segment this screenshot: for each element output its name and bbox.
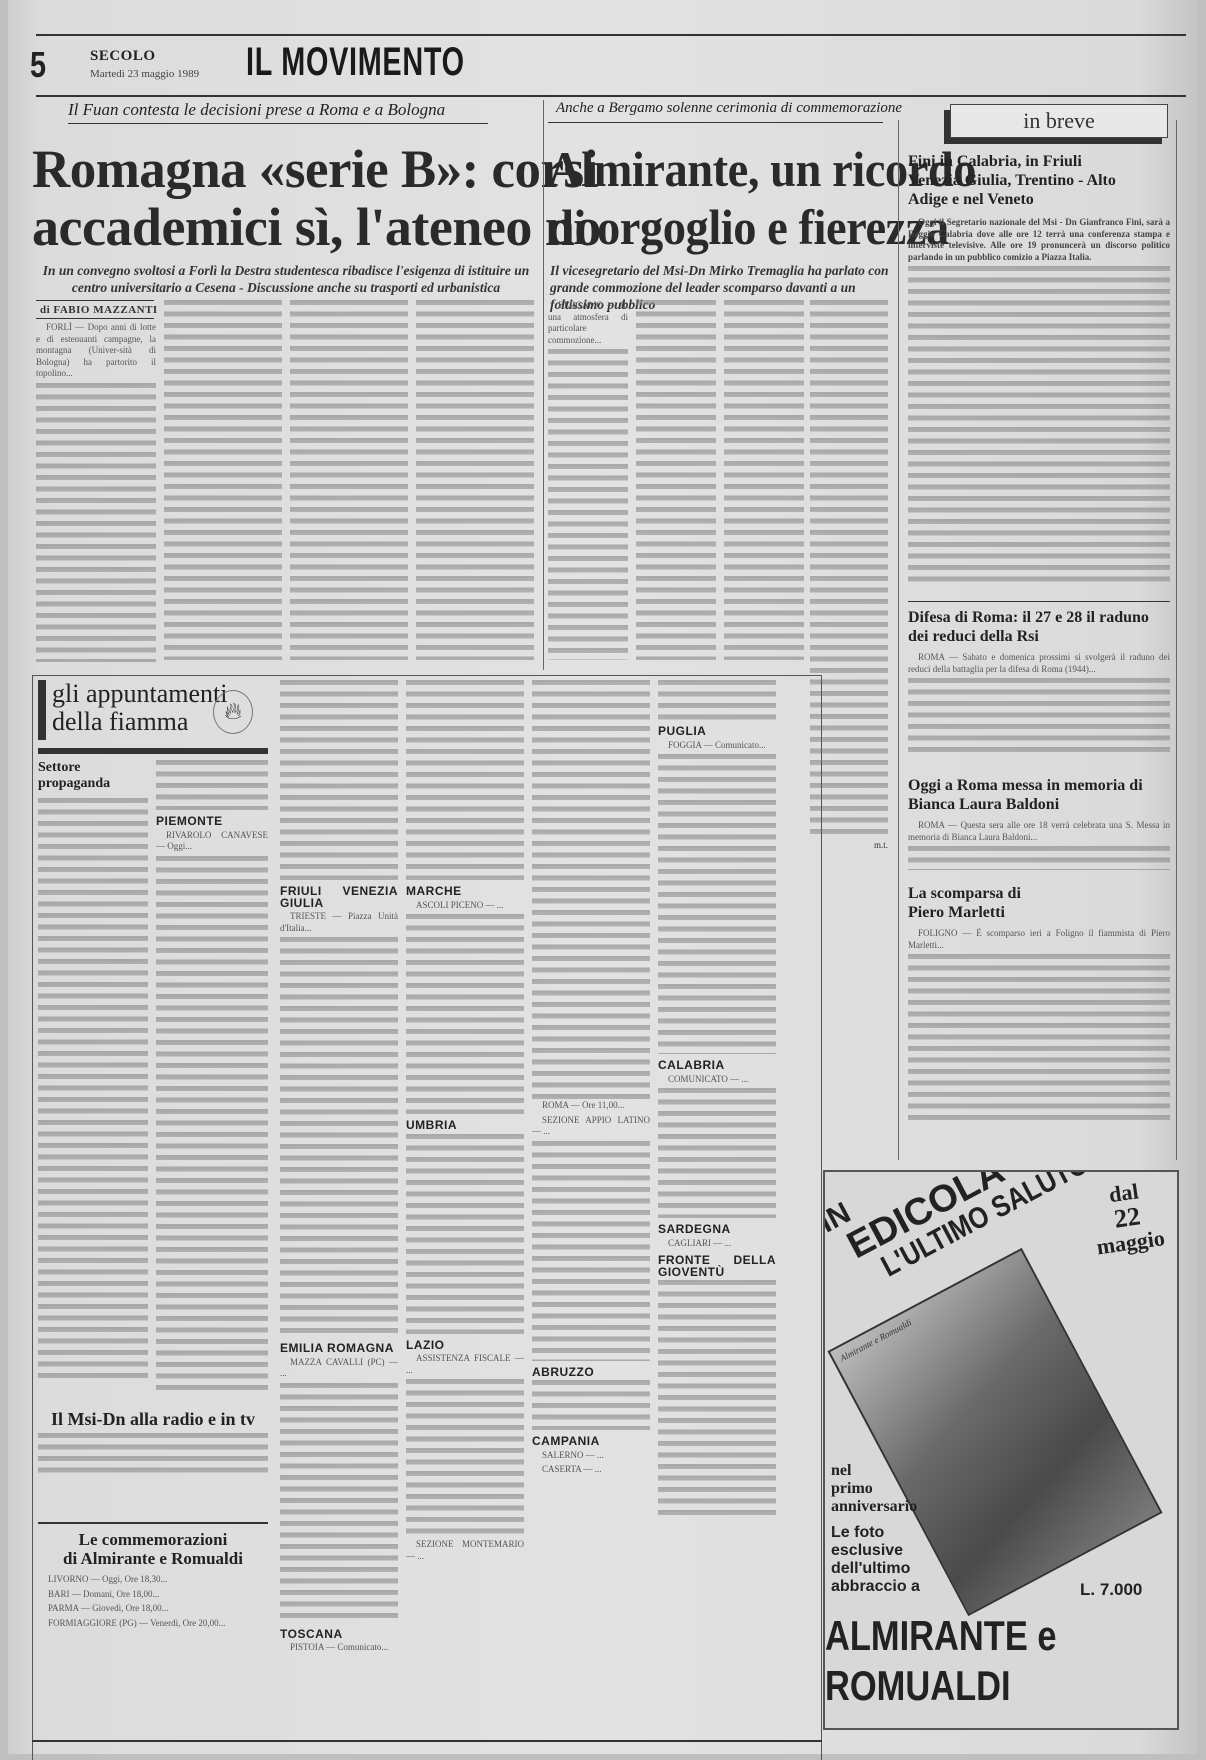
top-rule: [36, 34, 1186, 36]
region-heading: MARCHE: [406, 886, 524, 898]
text-column: [908, 678, 1170, 758]
second-dateline: BERGAMO — In una atmosfera di particolar…: [548, 300, 628, 346]
ad-tagline: Le foto esclusive dell'ultimo abbraccio …: [831, 1524, 920, 1596]
entry: SEZIONE MONTEMARIO — ...: [406, 1539, 524, 1562]
tagline-line: dell'ultimo: [831, 1560, 920, 1578]
second-kicker: Anche a Bergamo solenne cerimonia di com…: [556, 100, 902, 117]
brief-body: ROMA — Sabato e domenica prossimi si svo…: [908, 652, 1170, 762]
settore-propaganda-heading: Settore propaganda: [38, 760, 148, 792]
commemorazioni-list: LIVORNO — Oggi, Ore 18,30... BARI — Doma…: [38, 1574, 268, 1632]
text-column: [280, 680, 398, 880]
ad-price: L. 7.000: [1080, 1580, 1142, 1600]
text-column: [532, 680, 650, 1100]
entry: SEZIONE APPIO LATINO — ...: [532, 1115, 650, 1138]
brief-lead: ROMA — Sabato e domenica prossimi si svo…: [908, 652, 1170, 675]
entry: RIVAROLO CANAVESE — Oggi...: [156, 830, 268, 853]
text-column: [908, 954, 1170, 1124]
entry: TRIESTE — Piazza Unità d'Italia...: [280, 911, 398, 934]
in-breve-column: Fini in Calabria, in Friuli Venezia Giul…: [908, 152, 1170, 1152]
issue-date: Martedì 23 maggio 1989: [90, 68, 199, 80]
bottom-rule: [32, 1740, 822, 1742]
entry: PISTOIA — Comunicato...: [280, 1642, 398, 1654]
text-column: [908, 266, 1170, 586]
text-column: [156, 760, 268, 810]
anniv-line: anniversario: [831, 1498, 917, 1516]
radio-tv-title: Il Msi-Dn alla radio e in tv: [38, 1410, 268, 1429]
entry: ASSISTENZA FISCALE — ...: [406, 1353, 524, 1376]
column-divider: [898, 120, 899, 1160]
text-column: [406, 1379, 524, 1539]
appuntamenti-col3: FRIULI VENEZIA GIULIA TRIESTE — Piazza U…: [280, 680, 398, 1750]
tagline-line: esclusive: [831, 1542, 920, 1560]
ad-names-line1: ALMIRANTE e: [825, 1612, 1057, 1660]
second-headline-line2: di orgoglio e fierezza: [548, 198, 949, 256]
commemorazione-entry: FORMIAGGIORE (PG) — Venerdì, Ore 20,00..…: [38, 1618, 268, 1630]
anniv-line: nel: [831, 1462, 917, 1480]
brief-divider: [908, 601, 1170, 602]
commemorazioni-title-line2: di Almirante e Romualdi: [38, 1549, 268, 1568]
masthead-rule: [36, 95, 1186, 97]
appuntamenti-header: gli appuntamenti della fiamma: [38, 680, 238, 740]
commemorazione-entry: PARMA — Giovedì, Ore 18,00...: [38, 1603, 268, 1615]
newspaper-page: 5 SECOLO Martedì 23 maggio 1989 IL MOVIM…: [8, 0, 1198, 1754]
text-column: [532, 1380, 650, 1430]
lead-kicker: Il Fuan contesta le decisioni prese a Ro…: [68, 100, 445, 120]
region-heading: FRIULI VENEZIA GIULIA: [280, 886, 398, 909]
text-column: [406, 914, 524, 1114]
entry: ROMA — Ore 11,00...: [532, 1100, 650, 1112]
text-column: [280, 1383, 398, 1623]
second-body-col1: BERGAMO — In una atmosfera di particolar…: [548, 300, 628, 660]
text-column: [908, 846, 1170, 870]
entry: CAGLIARI — ...: [658, 1238, 776, 1250]
appuntamenti-col5: ROMA — Ore 11,00... SEZIONE APPIO LATINO…: [532, 680, 650, 1750]
text-column: [658, 1280, 776, 1520]
ad-names-line2: ROMUALDI: [825, 1662, 1011, 1710]
lead-body-col3: [290, 300, 408, 660]
lead-body-col4: [416, 300, 534, 660]
column-divider: [1176, 120, 1177, 1160]
second-body-col2: [636, 300, 716, 660]
text-column: [280, 937, 398, 1337]
region-heading: LAZIO: [406, 1340, 524, 1352]
region-heading: SARDEGNA: [658, 1224, 776, 1236]
section-rule: [38, 1522, 268, 1524]
text-column: [38, 1433, 268, 1473]
lead-subheadline: In un convegno svoltosi a Forlì la Destr…: [36, 262, 536, 296]
brief-title: Fini in Calabria, in Friuli Venezia Giul…: [908, 152, 1128, 209]
appuntamenti-title-line1: gli appuntamenti: [52, 680, 238, 708]
lead-headline-line2: accademici sì, l'ateneo no: [32, 198, 542, 256]
second-body-col3: [724, 300, 804, 660]
text-column: [38, 798, 148, 1380]
commemorazioni-title-line1: Le commemorazioni: [38, 1530, 268, 1549]
header-bar: [38, 748, 268, 754]
text-column: [532, 1141, 650, 1361]
byline-rule: [36, 300, 154, 301]
appuntamenti-col2: PIEMONTE RIVAROLO CANAVESE — Oggi... VEN…: [156, 760, 268, 1400]
flame-emblem-icon: 🔥︎: [213, 690, 253, 734]
region-heading: ABRUZZO: [532, 1367, 650, 1379]
lead-body-col2: [164, 300, 282, 660]
text-column: [36, 383, 156, 663]
book-advertisement: IN EDICOLA L'ULTIMO SALUTO Almirante e R…: [823, 1170, 1179, 1730]
entry: SALERNO — ...: [532, 1450, 650, 1462]
section-title: IL MOVIMENTO: [246, 40, 465, 85]
region-heading: CAMPANIA: [532, 1436, 650, 1448]
appuntamenti-col1: Settore propaganda: [38, 760, 148, 1380]
text-column: [658, 1088, 776, 1218]
text-column: [548, 349, 628, 660]
region-heading: FRONTE DELLA GIOVENTÙ: [658, 1255, 776, 1278]
brief-lead: FOLIGNO — È scomparso ieri a Foligno il …: [908, 928, 1170, 951]
text-column: [658, 754, 776, 1054]
region-heading: PIEMONTE: [156, 816, 268, 828]
appuntamenti-col6: PUGLIA FOGGIA — Comunicato... CALABRIA C…: [658, 680, 776, 1750]
anniv-line: primo: [831, 1480, 917, 1498]
commemorazioni-section: Le commemorazioni di Almirante e Romuald…: [38, 1530, 268, 1632]
text-column: [156, 856, 268, 1396]
commemorazione-entry: BARI — Domani, Ore 18,00...: [38, 1589, 268, 1601]
kicker-underline: [548, 122, 883, 123]
entry: MAZZA CAVALLI (PC) — ...: [280, 1357, 398, 1380]
tagline-line: Le foto: [831, 1524, 920, 1542]
brief-body: Oggi il Segretario nazionale del Msi - D…: [908, 217, 1170, 597]
text-column: [658, 680, 776, 720]
region-heading: TOSCANA: [280, 1629, 398, 1641]
lead-body-col1: FORLÌ — Dopo anni di lotte e di estenuan…: [36, 322, 156, 662]
brief-title: Difesa di Roma: il 27 e 28 il raduno dei…: [908, 608, 1170, 646]
brief-body: FOLIGNO — È scomparso ieri a Foligno il …: [908, 928, 1170, 1128]
entry: COMUNICATO — ...: [658, 1074, 776, 1086]
region-heading: EMILIA ROMAGNA: [280, 1343, 398, 1355]
region-heading: UMBRIA: [406, 1120, 524, 1132]
brief-lead: Oggi il Segretario nazionale del Msi - D…: [908, 217, 1170, 263]
appuntamenti-col4: MARCHE ASCOLI PICENO — ... UMBRIA LAZIO …: [406, 680, 524, 1750]
ad-release-date: dal 22 maggio: [1088, 1178, 1166, 1259]
tagline-line: abbraccio a: [831, 1578, 920, 1596]
in-breve-label: in breve: [950, 104, 1168, 138]
brief-title: La scomparsa di Piero Marletti: [908, 884, 1058, 922]
brief-title: Oggi a Roma messa in memoria di Bianca L…: [908, 776, 1170, 814]
byline-rule: [36, 318, 154, 319]
paper-name: SECOLO: [90, 48, 156, 65]
commemorazione-entry: LIVORNO — Oggi, Ore 18,30...: [38, 1574, 268, 1586]
kicker-underline: [68, 123, 488, 124]
lead-dateline: FORLÌ — Dopo anni di lotte e di estenuan…: [36, 322, 156, 380]
radio-tv-section: Il Msi-Dn alla radio e in tv: [38, 1410, 268, 1473]
lead-headline-line1: Romagna «serie B»: corsi: [32, 140, 532, 198]
region-heading: PUGLIA: [658, 726, 776, 738]
page-number: 5: [30, 44, 46, 86]
text-column: [406, 1134, 524, 1334]
column-divider: [543, 100, 544, 670]
region-heading: CALABRIA: [658, 1060, 776, 1072]
text-column: [406, 680, 524, 880]
brief-lead: ROMA — Questa sera alle ore 18 verrà cel…: [908, 820, 1170, 843]
appuntamenti-title-line2: della fiamma: [52, 708, 238, 736]
brief-body: ROMA — Questa sera alle ore 18 verrà cel…: [908, 820, 1170, 870]
entry: ASCOLI PICENO — ...: [406, 900, 524, 912]
entry: FOGGIA — Comunicato...: [658, 740, 776, 752]
ad-anniversary: nel primo anniversario: [831, 1462, 917, 1516]
entry: CASERTA — ...: [532, 1464, 650, 1476]
byline: di FABIO MAZZANTI: [40, 304, 158, 316]
